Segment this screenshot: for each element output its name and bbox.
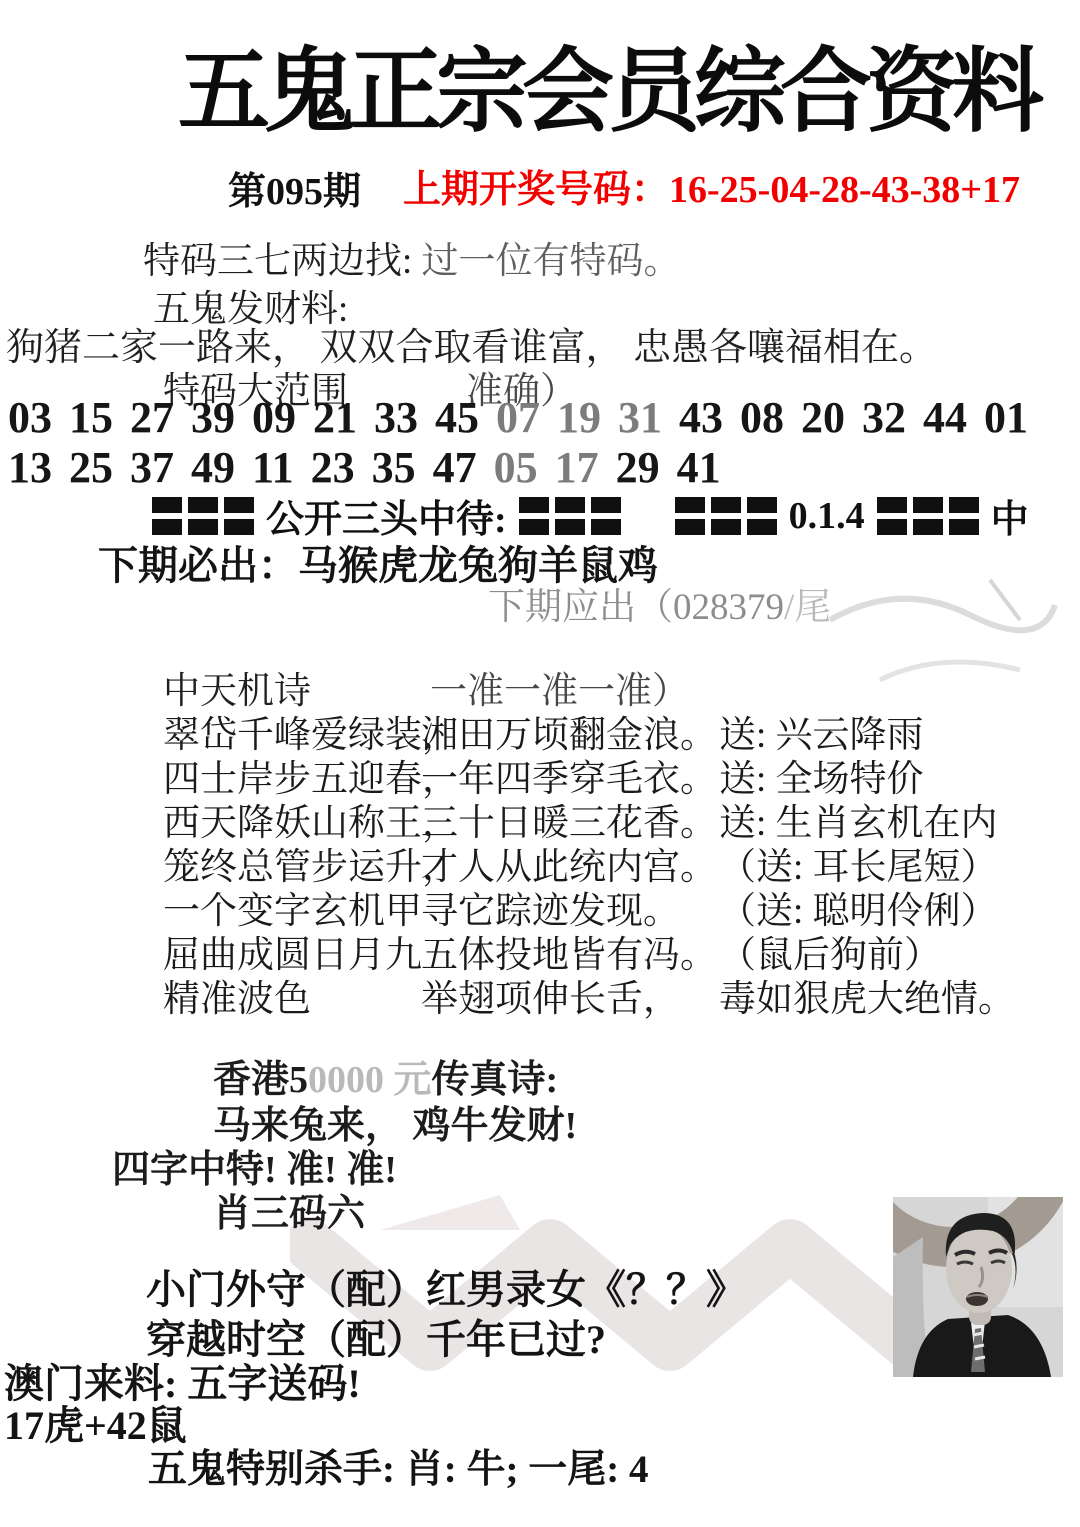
number-cell: 32 — [862, 392, 906, 443]
censored-blocks-group — [519, 497, 621, 535]
last-draw-numbers: 16-25-04-28-43-38+17 — [669, 169, 1020, 211]
number-cell: 25 — [69, 442, 113, 493]
lottery-sheet-page: 五鬼正宗会员综合资料 第095期 上期开奖号码：16-25-04-28-43-3… — [0, 0, 1080, 1527]
number-cell: 27 — [130, 392, 174, 443]
watermark-wedge — [380, 1190, 520, 1240]
number-cell: 39 — [191, 392, 235, 443]
number-cell: 01 — [984, 392, 1028, 443]
number-cell: 09 — [252, 392, 296, 443]
poem-line: 屈曲成圆日月九 五体投地皆有冯。 （鼠后狗前） — [163, 924, 1063, 968]
poem-col-3: （送: 聪明伶俐） — [719, 880, 1063, 924]
last-draw-label: 上期开奖号码： — [403, 169, 669, 211]
poem-col-1: 一个变字玄机甲 — [163, 880, 421, 924]
should-appear-faded: /尾 — [784, 587, 831, 628]
poem-line: 西天降妖山称王， 三十日暖三花香。 送: 生肖玄机在内 — [163, 792, 1063, 836]
pair-line-1: 小门外守（配）红男录女《？？》 — [146, 1258, 746, 1315]
tip-special-code-tail: 过一位有特码。 — [422, 241, 681, 282]
special-killer-line: 五鬼特别杀手: 肖: 牛; 一尾: 4 — [148, 1438, 648, 1494]
poem-col-2: 五体投地皆有冯。 — [421, 924, 719, 968]
number-cell: 23 — [311, 442, 355, 493]
number-cell: 31 — [618, 392, 662, 443]
number-row-1: 0315273909213345071931430820324401 — [8, 392, 1028, 443]
poem-col-2: 一年四季穿毛衣。 — [421, 748, 719, 792]
poem-col-1: 笼终总管步运升， — [163, 836, 421, 880]
poem-col-3: （鼠后狗前） — [719, 924, 1063, 968]
poem-lines: 翠岱千峰爱绿装， 湘田万顷翻金浪。 送: 兴云降雨 四士岸步五迎春， 一年四季穿… — [163, 704, 1063, 1012]
poem-col-1: 屈曲成圆日月九 — [163, 924, 421, 968]
poem-col-1: 西天降妖山称王， — [163, 792, 421, 836]
number-cell: 49 — [191, 442, 235, 493]
poem-col-1: 四士岸步五迎春， — [163, 748, 421, 792]
number-cell: 37 — [130, 442, 174, 493]
fax-line-xiao-san: 肖三码六 — [213, 1182, 365, 1237]
poem-col-3: 毒如狠虎大绝情。 — [719, 968, 1063, 1012]
should-appear-digits: 下期应出（028379 — [488, 587, 784, 628]
poem-line: 笼终总管步运升， 才人从此统内宫。 （送: 耳长尾短） — [163, 836, 1063, 880]
three-heads-mid: 0.1.4 — [789, 494, 865, 538]
poem-line: 一个变字玄机甲 寻它踪迹发现。 （送: 聪明伶俐） — [163, 880, 1063, 924]
number-cell: 08 — [740, 392, 784, 443]
number-cell: 45 — [435, 392, 479, 443]
number-cell: 17 — [555, 442, 599, 493]
poem-line: 精准波色 举翅项伸长舌， 毒如狠虎大绝情。 — [163, 968, 1063, 1012]
poem-col-2: 寻它踪迹发现。 — [421, 880, 719, 924]
tip-special-code-head: 特码三七两边找: — [143, 241, 422, 282]
number-cell: 21 — [313, 392, 357, 443]
number-cell: 43 — [679, 392, 723, 443]
last-draw-line: 上期开奖号码：16-25-04-28-43-38+17 — [403, 158, 1020, 213]
number-cell: 29 — [616, 442, 660, 493]
poem-col-2: 三十日暖三花香。 — [421, 792, 719, 836]
number-cell: 03 — [8, 392, 52, 443]
number-cell: 13 — [8, 442, 52, 493]
number-row-2: 132537491123354705172941 — [8, 442, 721, 493]
number-cell: 15 — [69, 392, 113, 443]
poem-col-3: 送: 兴云降雨 — [719, 704, 1063, 748]
poem-col-1: 翠岱千峰爱绿装， — [163, 704, 421, 748]
page-title: 五鬼正宗会员综合资料 — [178, 44, 1038, 141]
next-should-appear: 下期应出（028379/尾 — [488, 576, 831, 630]
poem-col-2: 湘田万顷翻金浪。 — [421, 704, 719, 748]
poem-col-3: 送: 全场特价 — [719, 748, 1063, 792]
poem-col-3: 送: 生肖玄机在内 — [719, 792, 1063, 836]
watermark-scribbles — [820, 560, 1060, 720]
poem-col-2: 举翅项伸长舌， — [421, 968, 719, 1012]
number-cell: 05 — [494, 442, 538, 493]
censored-blocks-group — [675, 497, 777, 535]
censored-blocks-group — [152, 497, 254, 535]
number-cell: 07 — [496, 392, 540, 443]
three-heads-tail: 中 — [991, 488, 1029, 543]
tip-special-code: 特码三七两边找: 过一位有特码。 — [143, 230, 681, 284]
number-cell: 41 — [677, 442, 721, 493]
poem-col-2: 才人从此统内宫。 — [421, 836, 719, 880]
poem-col-3: （送: 耳长尾短） — [719, 836, 1063, 880]
number-cell: 33 — [374, 392, 418, 443]
poem-line: 四士岸步五迎春， 一年四季穿毛衣。 送: 全场特价 — [163, 748, 1063, 792]
number-cell: 11 — [252, 442, 294, 493]
number-cell: 47 — [433, 442, 477, 493]
issue-number: 第095期 — [228, 160, 361, 215]
number-cell: 19 — [557, 392, 601, 443]
number-cell: 20 — [801, 392, 845, 443]
portrait-photo — [893, 1197, 1063, 1377]
poem-col-1: 精准波色 — [163, 968, 421, 1012]
censored-blocks-group — [877, 497, 979, 535]
number-cell: 44 — [923, 392, 967, 443]
poem-line: 翠岱千峰爱绿装， 湘田万顷翻金浪。 送: 兴云降雨 — [163, 704, 1063, 748]
number-cell: 35 — [372, 442, 416, 493]
